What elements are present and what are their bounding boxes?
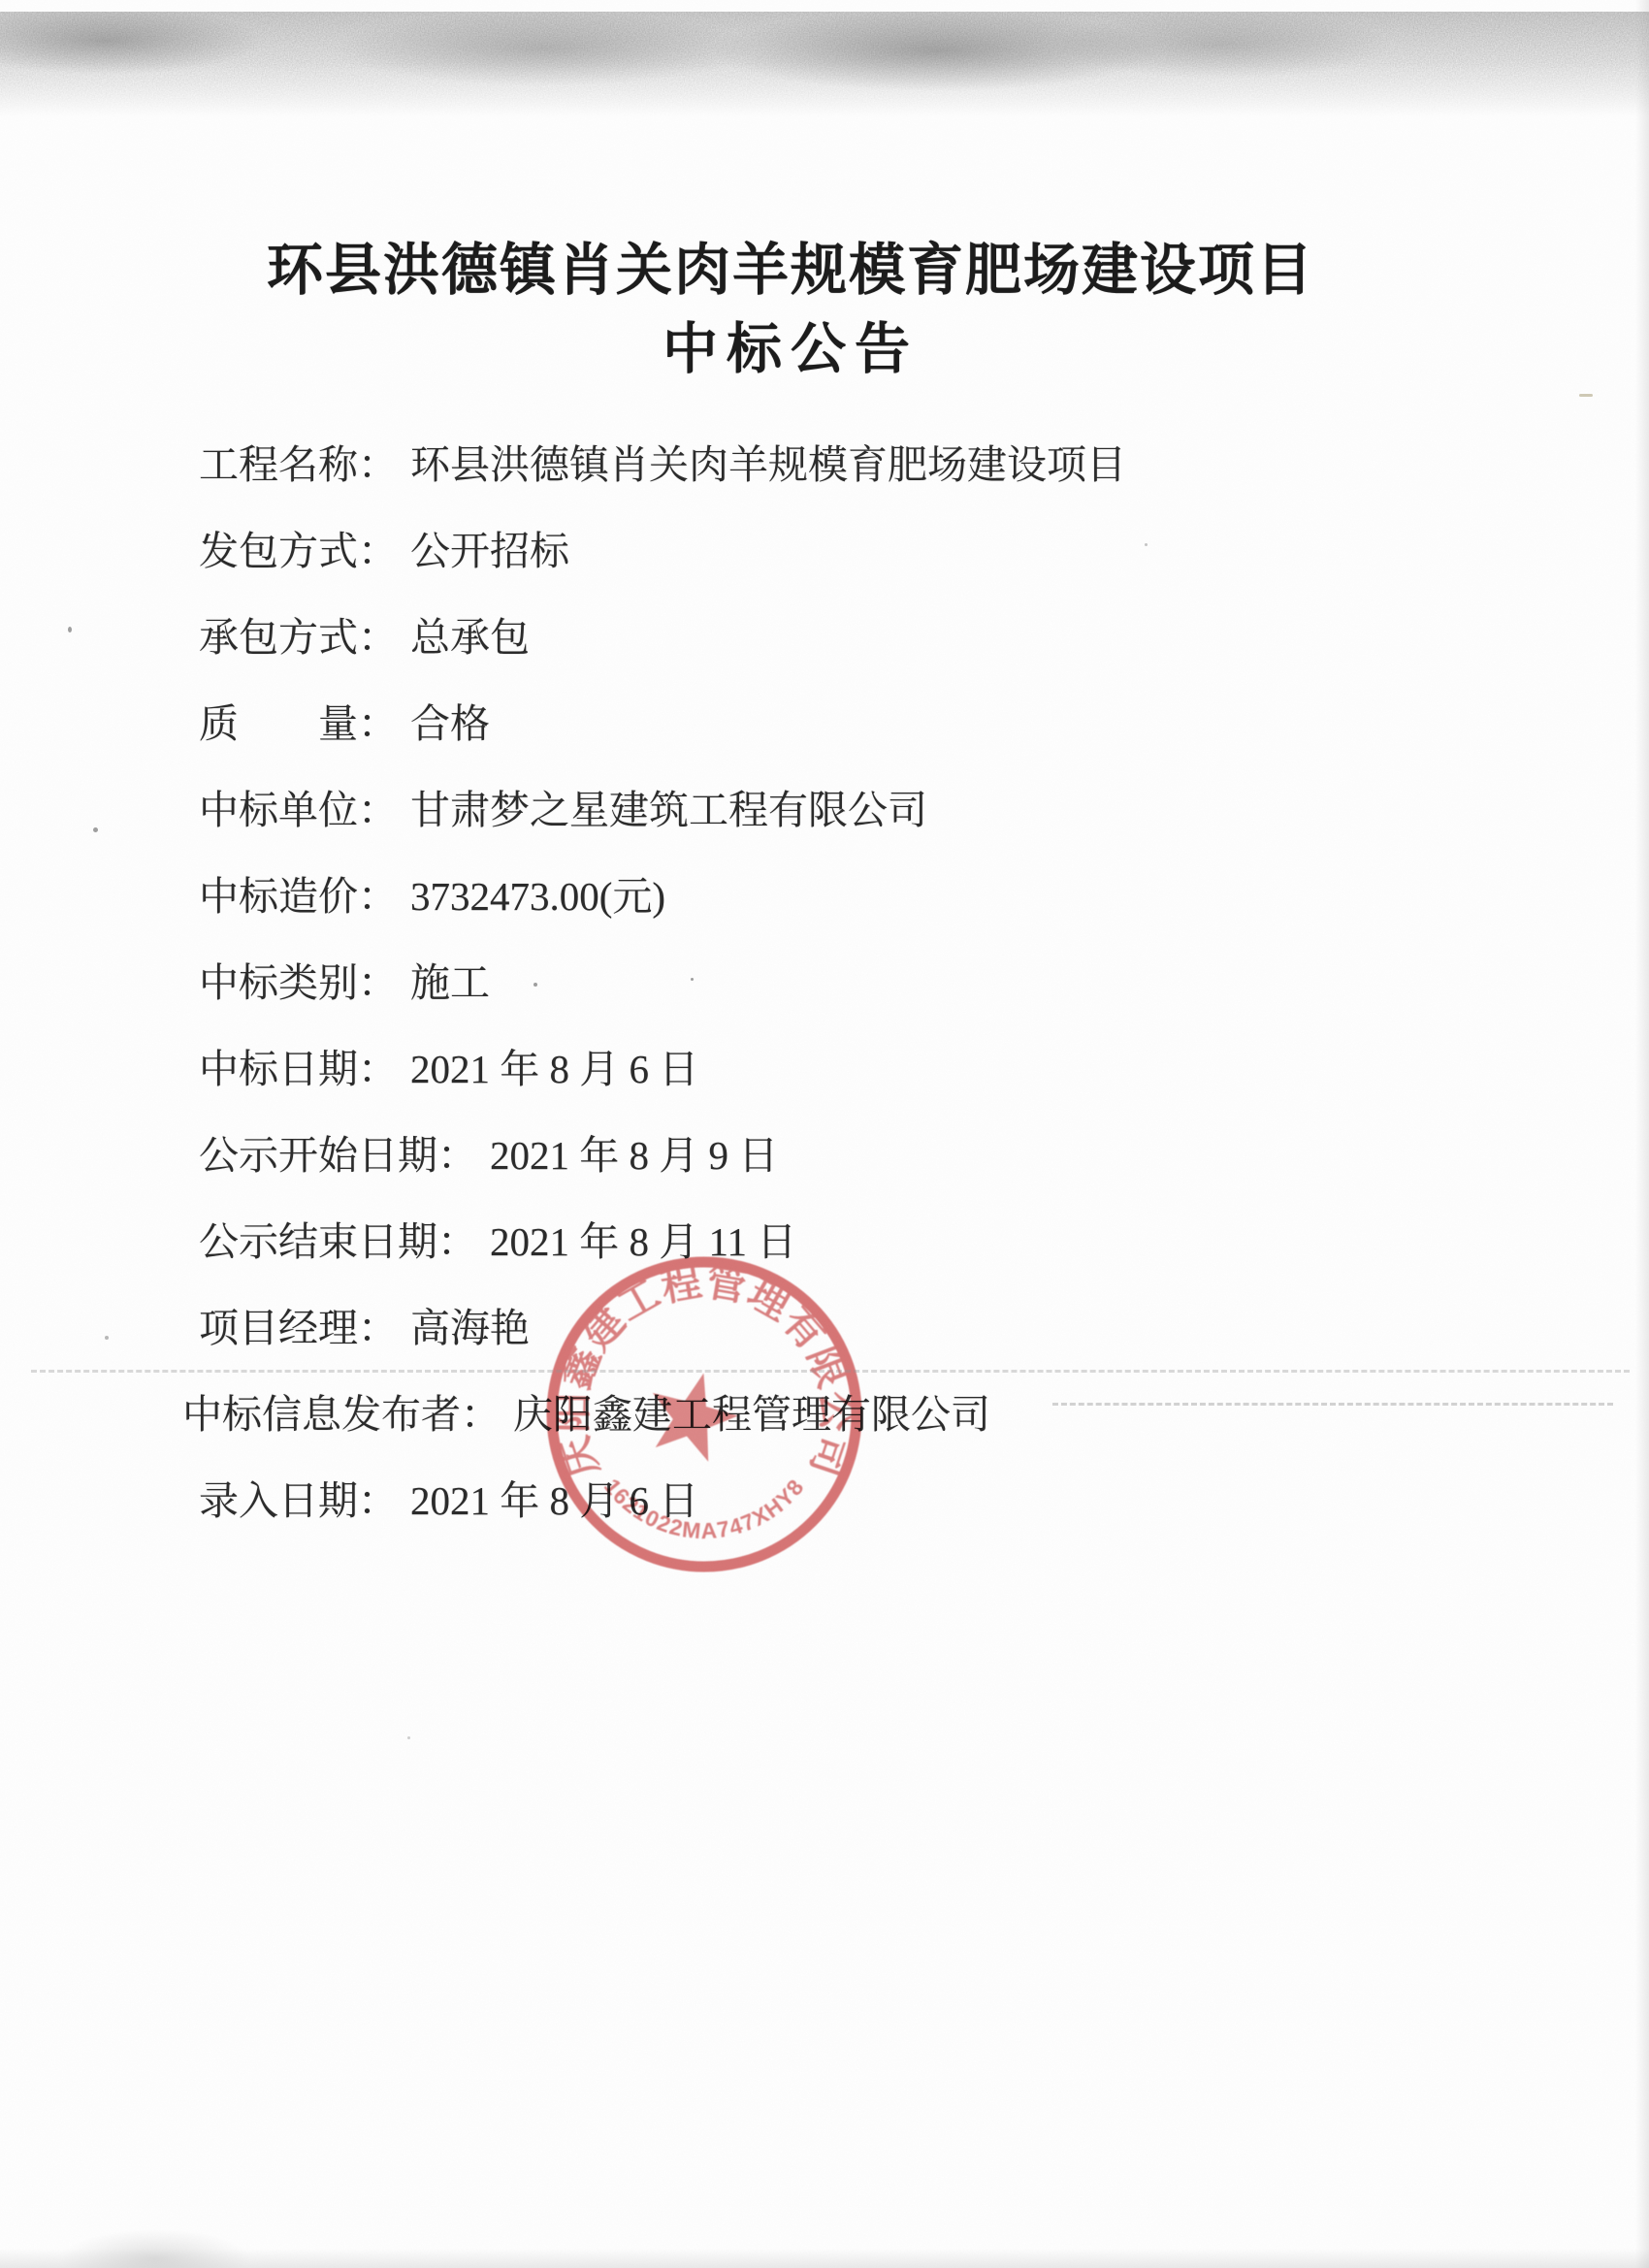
page-title-line2: 中标公告 bbox=[160, 314, 1421, 384]
field-label: 公示开始日期： bbox=[199, 1133, 477, 1178]
field-value: 环县洪德镇肖关肉羊规模育肥场建设项目 bbox=[410, 442, 1126, 487]
field-value: 甘肃梦之星建筑工程有限公司 bbox=[410, 788, 927, 832]
field-label: 工程名称： bbox=[199, 442, 398, 487]
field-line-tender-method: 发包方式：公开招标 bbox=[199, 508, 1126, 595]
scan-artifact-line bbox=[1052, 1403, 1613, 1406]
field-line-quality: 质 量：合格 bbox=[199, 681, 1126, 767]
field-value: 施工 bbox=[410, 960, 490, 1005]
field-value: 庆阳鑫建工程管理有限公司 bbox=[513, 1392, 990, 1437]
field-value: 公开招标 bbox=[410, 529, 569, 573]
field-label: 中标日期： bbox=[199, 1047, 398, 1091]
field-value: 总承包 bbox=[410, 615, 530, 660]
field-line-publicity-end: 公示结束日期：2021 年 8 月 11 日 bbox=[199, 1199, 1126, 1285]
right-edge-shadow bbox=[1635, 0, 1649, 2268]
field-line-bid-date: 中标日期：2021 年 8 月 6 日 bbox=[199, 1026, 1126, 1113]
field-line-winning-bidder: 中标单位：甘肃梦之星建筑工程有限公司 bbox=[199, 767, 1126, 854]
field-label: 公示结束日期： bbox=[199, 1219, 477, 1264]
scanned-document-page: 环县洪德镇肖关肉羊规模育肥场建设项目 中标公告 工程名称：环县洪德镇肖关肉羊规模… bbox=[0, 0, 1649, 2268]
scan-artifact-line bbox=[31, 1370, 1630, 1373]
field-value: 2021 年 8 月 9 日 bbox=[490, 1133, 778, 1178]
page-title-line1: 环县洪德镇肖关肉羊规模育肥场建设项目 bbox=[160, 236, 1421, 306]
field-value: 2021 年 8 月 6 日 bbox=[410, 1478, 698, 1523]
ink-speck bbox=[533, 983, 537, 987]
field-line-project-manager: 项目经理：高海艳 bbox=[199, 1285, 1126, 1372]
field-line-contract-method: 承包方式：总承包 bbox=[199, 595, 1126, 681]
field-line-project-name: 工程名称：环县洪德镇肖关肉羊规模育肥场建设项目 bbox=[199, 422, 1126, 508]
field-value: 合格 bbox=[410, 701, 490, 746]
field-label: 录入日期： bbox=[199, 1478, 398, 1523]
ink-speck bbox=[105, 1336, 109, 1340]
field-label: 中标类别： bbox=[199, 960, 398, 1005]
ink-speck bbox=[93, 827, 98, 832]
ink-speck bbox=[1579, 394, 1593, 397]
field-label: 发包方式： bbox=[199, 529, 398, 573]
document-title: 环县洪德镇肖关肉羊规模育肥场建设项目 中标公告 bbox=[160, 236, 1421, 384]
ink-speck bbox=[407, 1736, 410, 1739]
field-line-entry-date: 录入日期：2021 年 8 月 6 日 bbox=[199, 1458, 1126, 1544]
field-value: 高海艳 bbox=[410, 1306, 530, 1350]
field-value: 3732473.00(元) bbox=[410, 874, 665, 919]
field-line-publicity-start: 公示开始日期：2021 年 8 月 9 日 bbox=[199, 1113, 1126, 1199]
ink-speck bbox=[1145, 543, 1148, 546]
top-scan-shade bbox=[0, 12, 1649, 118]
document-body: 工程名称：环县洪德镇肖关肉羊规模育肥场建设项目 发包方式：公开招标 承包方式：总… bbox=[199, 422, 1126, 1544]
field-label: 中标单位： bbox=[199, 788, 398, 832]
field-label: 中标信息发布者： bbox=[182, 1392, 501, 1437]
field-value: 2021 年 8 月 11 日 bbox=[490, 1219, 796, 1264]
field-line-bid-category: 中标类别：施工 bbox=[199, 940, 1126, 1026]
field-line-info-publisher: 中标信息发布者：庆阳鑫建工程管理有限公司 bbox=[182, 1372, 1126, 1458]
top-scan-noise bbox=[0, 12, 1649, 126]
corner-smudge bbox=[58, 2200, 310, 2268]
field-label: 项目经理： bbox=[199, 1306, 398, 1350]
ink-speck bbox=[68, 627, 72, 632]
field-value: 2021 年 8 月 6 日 bbox=[410, 1047, 698, 1091]
field-line-bid-price: 中标造价：3732473.00(元) bbox=[199, 854, 1126, 940]
field-label: 承包方式： bbox=[199, 615, 398, 660]
ink-speck bbox=[691, 978, 694, 981]
field-label: 中标造价： bbox=[199, 874, 398, 919]
field-label: 质 量： bbox=[199, 701, 398, 746]
